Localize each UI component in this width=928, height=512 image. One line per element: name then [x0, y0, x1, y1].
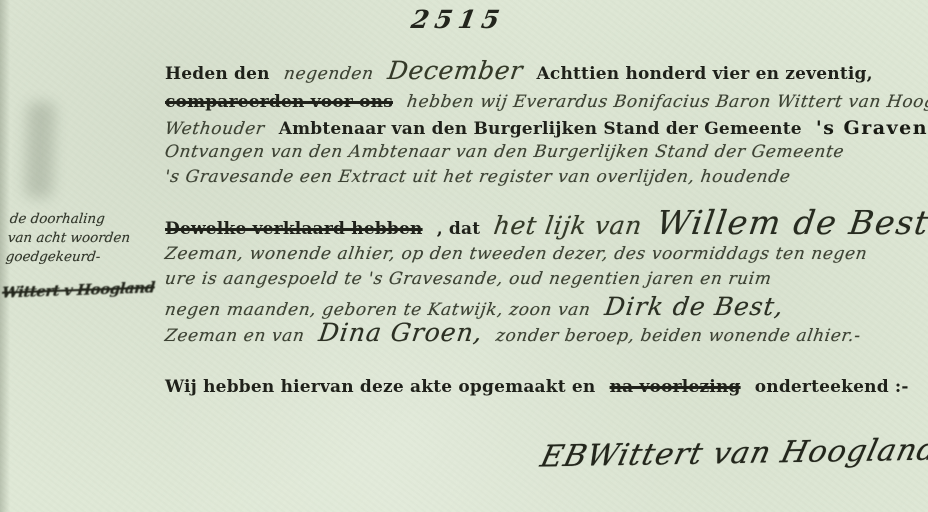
handwritten-month: December — [385, 56, 524, 85]
line-body-1: Zeeman, wonende alhier, op den tweeden d… — [165, 244, 876, 264]
death-certificate-scan: { "doc": { "act_number": "2515", "lines"… — [0, 0, 928, 512]
line-registrar-intro: compareerden voor ons hebben wij Everard… — [165, 92, 928, 112]
handwritten-ontvangen: Ontvangen van den Ambtenaar van den Burg… — [164, 142, 846, 162]
handwritten-body-2: ure is aangespoeld te 's Gravesande, oud… — [164, 269, 773, 289]
handwritten-body-1: Zeeman, wonende alhier, op den tweeden d… — [164, 244, 869, 264]
handwritten-registrar-name: hebben wij Everardus Bonifacius Baron Wi… — [406, 92, 928, 112]
printed-closing-2: onderteekend :- — [755, 377, 909, 397]
line-body-2: ure is aangespoeld te 's Gravesande, oud… — [165, 269, 781, 289]
handwritten-wethouder: Wethouder — [164, 119, 266, 139]
printed-dat: , dat — [437, 219, 481, 239]
printed-year: Achttien honderd vier en zeventig, — [537, 64, 873, 84]
handwritten-extract: 's Gravesande een Extract uit het regist… — [164, 167, 792, 187]
printed-heden-den: Heden den — [165, 64, 270, 84]
margin-annotation-line-3: goedgekeurd- — [5, 248, 163, 267]
struck-dewelke: Dewelke verklaard hebben — [165, 219, 423, 239]
struck-na-voorlezing: na voorlezing — [610, 377, 741, 397]
mother-name: Dina Groen, — [317, 318, 485, 347]
margin-annotation-line-1: de doorhaling — [9, 210, 167, 229]
margin-annotation: de doorhaling van acht woorden goedgekeu… — [1, 210, 166, 300]
line-date: Heden den negenden December Achttien hon… — [165, 56, 882, 85]
line-ontvangen: Ontvangen van den Ambtenaar van den Burg… — [165, 142, 853, 162]
line-registrar-title: Wethouder Ambtenaar van den Burgerlijken… — [165, 117, 928, 139]
line-extract: 's Gravesande een Extract uit het regist… — [165, 167, 799, 187]
handwritten-body-3: negen maanden, geboren te Katwijk, zoon … — [164, 300, 592, 320]
father-name: Dirk de Best, — [603, 292, 786, 321]
handwritten-body-4a: Zeeman en van — [164, 326, 306, 346]
margin-annotation-line-2: van acht woorden — [7, 229, 165, 248]
struck-compareerden: compareerden voor ons — [165, 92, 393, 112]
handwritten-body-4b: zonder beroep, beiden wonende alhier.- — [495, 326, 862, 346]
ink-bleedthrough-mark — [24, 102, 55, 199]
line-body-4: Zeeman en van Dina Groen, zonder beroep,… — [165, 318, 870, 347]
line-closing: Wij hebben hiervan deze akte opgemaakt e… — [165, 377, 918, 397]
line-declaration: Dewelke verklaard hebben , dat het lijk … — [165, 203, 928, 242]
printed-closing-1: Wij hebben hiervan deze akte opgemaakt e… — [165, 377, 595, 397]
act-number: 2515 — [409, 5, 508, 34]
deceased-name: Willem de Best, — [654, 203, 928, 242]
printed-ambtenaar: Ambtenaar van den Burgerlijken Stand der… — [279, 119, 802, 139]
handwritten-het-lijk-van: het lijk van — [492, 211, 644, 240]
margin-signature: Wittert v Hoogland — [1, 278, 159, 302]
act-number-value: 2515 — [409, 5, 508, 34]
blackletter-gravenhage: 's Gravenhage , — [816, 117, 928, 139]
line-body-3: negen maanden, geboren te Katwijk, zoon … — [165, 292, 792, 321]
handwritten-day: negenden — [282, 64, 374, 84]
registrar-signature: EBWittert van Hoogland — [537, 433, 928, 475]
